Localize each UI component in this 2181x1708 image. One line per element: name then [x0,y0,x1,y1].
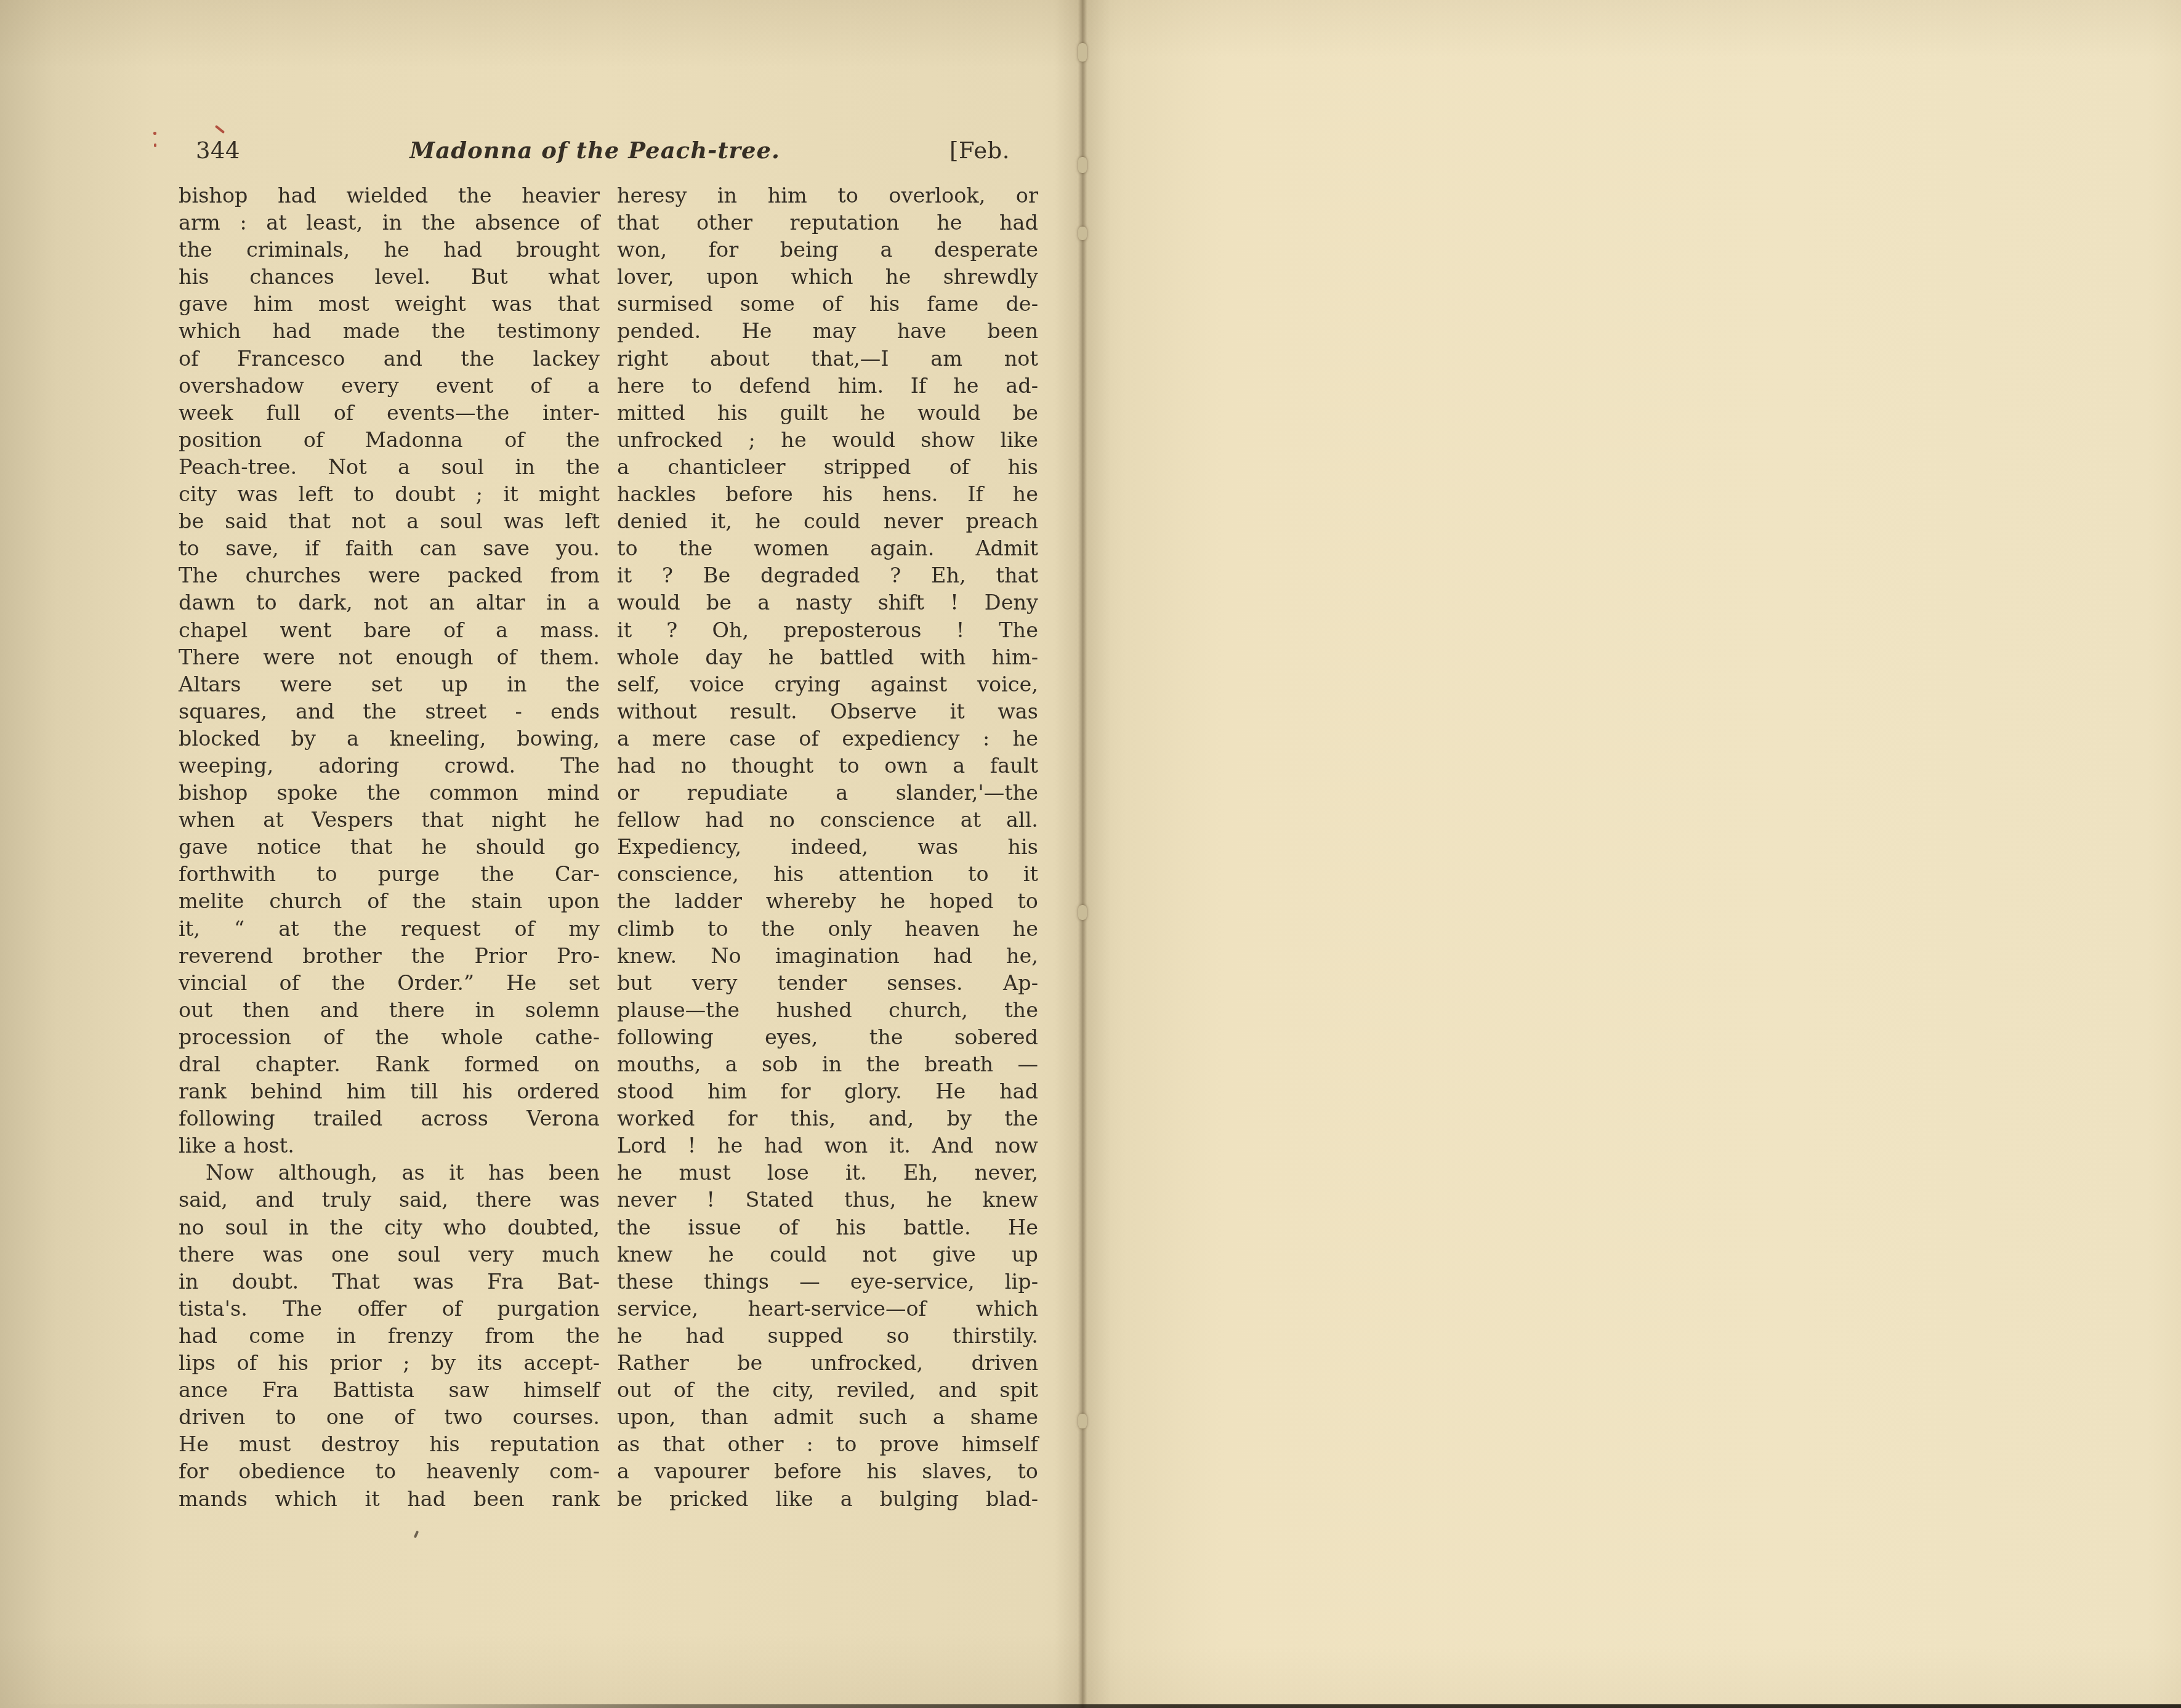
page-number: 344 [196,137,240,164]
text-line: be said that not a soul was left [179,508,600,535]
text-line: never ! Stated thus, he knew [617,1186,1038,1214]
text-line: worked for this, and, by the [617,1105,1038,1132]
text-column-1: bishop had wielded the heavierarm : at l… [179,182,600,1513]
text-line: which had made the testimony [179,318,600,345]
text-line: Lord ! he had won it. And now [617,1132,1038,1159]
text-line: ance Fra Battista saw himself [179,1377,600,1404]
text-line: when at Vespers that night he [179,807,600,834]
text-line: it ? Be degraded ? Eh, that [617,562,1038,589]
text-line: to save, if faith can save you. [179,535,600,562]
text-line: knew. No imagination had he, [617,943,1038,970]
text-line: Expediency, indeed, was his [617,834,1038,861]
text-line: lover, upon which he shrewdly [617,264,1038,291]
text-line: had come in frenzy from the [179,1323,600,1350]
text-line: a vapourer before his slaves, to [617,1458,1038,1485]
text-line: denied it, he could never preach [617,508,1038,535]
text-line: overshadow every event of a [179,373,600,400]
text-line: upon, than admit such a shame [617,1404,1038,1431]
text-line: these things — eye-service, lip- [617,1268,1038,1295]
text-line: Altars were set up in the [179,671,600,698]
red-ink-speck [154,143,156,147]
text-line: pended. He may have been [617,318,1038,345]
text-line: plause—the hushed church, the [617,997,1038,1024]
text-line: a mere case of expediency : he [617,725,1038,752]
text-line: gave notice that he should go [179,834,600,861]
text-line: There were not enough of them. [179,644,600,671]
text-line: be pricked like a bulging blad- [617,1486,1038,1513]
text-line: stood him for glory. He had [617,1078,1038,1105]
text-line: dral chapter. Rank formed on [179,1051,600,1078]
text-line: climb to the only heaven he [617,916,1038,943]
text-line: out then and there in solemn [179,997,600,1024]
text-line: chapel went bare of a mass. [179,617,600,644]
text-line: as that other : to prove himself [617,1431,1038,1458]
text-line: fellow had no conscience at all. [617,807,1038,834]
book-gutter-crease [1054,0,1111,1708]
text-line: the criminals, he had brought [179,236,600,264]
text-line: bishop had wielded the heavier [179,182,600,209]
text-line: here to defend him. If he ad- [617,373,1038,400]
text-line: reverend brother the Prior Pro- [179,943,600,970]
text-line: it ? Oh, preposterous ! The [617,617,1038,644]
text-line: without result. Observe it was [617,698,1038,725]
text-line: bishop spoke the common mind [179,779,600,807]
date-label: [Feb. [949,137,1010,164]
page-header-left: 344 Madonna of the Peach-tree. [Feb. [196,137,1010,164]
text-line: surmised some of his fame de- [617,291,1038,318]
text-line: squares, and the street - ends [179,698,600,725]
text-line: He must destroy his reputation [179,1431,600,1458]
text-line: it, “ at the request of my [179,916,600,943]
text-line: out of the city, reviled, and spit [617,1377,1038,1404]
stitch-mark [1078,905,1087,920]
text-block-left: bishop had wielded the heavierarm : at l… [179,182,1038,1513]
text-line: said, and truly said, there was [179,1186,600,1214]
text-line: had no thought to own a fault [617,752,1038,779]
text-line: rank behind him till his ordered [179,1078,600,1105]
text-line: service, heart-service—of which [617,1295,1038,1323]
stitch-mark [1078,1414,1087,1428]
text-line: weeping, adoring crowd. The [179,752,600,779]
text-line: he had supped so thirstily. [617,1323,1038,1350]
text-line: Peach-tree. Not a soul in the [179,454,600,481]
text-line: right about that,—I am not [617,345,1038,373]
text-line: knew he could not give up [617,1241,1038,1268]
text-line: heresy in him to overlook, or [617,182,1038,209]
text-column-2: heresy in him to overlook, orthat other … [617,182,1038,1513]
text-line: a chanticleer stripped of his [617,454,1038,481]
text-line: of Francesco and the lackey [179,345,600,373]
text-line: mitted his guilt he would be [617,400,1038,427]
text-line: conscience, his attention to it [617,861,1038,888]
text-line: that other reputation he had [617,209,1038,236]
text-line: he must lose it. Eh, never, [617,1159,1038,1186]
text-line: in doubt. That was Fra Bat- [179,1268,600,1295]
text-line: forthwith to purge the Car- [179,861,600,888]
right-page: 1899.] Madonna of the Peach-tree. 345 de… [1082,0,2181,1708]
text-line: position of Madonna of the [179,427,600,454]
left-page: 344 Madonna of the Peach-tree. [Feb. bis… [0,0,1082,1708]
text-line: Rather be unfrocked, driven [617,1350,1038,1377]
text-line: hackles before his hens. If he [617,481,1038,508]
text-line: vincial of the Order.” He set [179,970,600,997]
text-line: The churches were packed from [179,562,600,589]
text-line: tista's. The offer of purgation [179,1295,600,1323]
running-title: Madonna of the Peach-tree. [409,137,780,164]
stitch-mark [1078,43,1087,62]
stitch-mark [1078,157,1087,173]
text-line: self, voice crying against voice, [617,671,1038,698]
text-line: or repudiate a slander,'—the [617,779,1038,807]
text-line: whole day he battled with him- [617,644,1038,671]
text-line: city was left to doubt ; it might [179,481,600,508]
text-line: procession of the whole cathe- [179,1024,600,1051]
text-line: driven to one of two courses. [179,1404,600,1431]
text-line: his chances level. But what [179,264,600,291]
text-line: the issue of his battle. He [617,1214,1038,1241]
text-line: no soul in the city who doubted, [179,1214,600,1241]
text-line: dawn to dark, not an altar in a [179,589,600,616]
red-ink-speck [153,132,156,135]
text-line: week full of events—the inter- [179,400,600,427]
text-line: like a host. [179,1132,600,1159]
text-line: blocked by a kneeling, bowing, [179,725,600,752]
text-line: lips of his prior ; by its accept- [179,1350,600,1377]
text-line: there was one soul very much [179,1241,600,1268]
text-line: won, for being a desperate [617,236,1038,264]
text-line: mouths, a sob in the breath — [617,1051,1038,1078]
text-line: gave him most weight was that [179,291,600,318]
text-line: melite church of the stain upon [179,888,600,915]
text-line: unfrocked ; he would show like [617,427,1038,454]
text-line: but very tender senses. Ap- [617,970,1038,997]
text-line: for obedience to heavenly com- [179,1458,600,1485]
stitch-mark [1078,227,1087,240]
book-scan: { "scan": { "left_page": { "header": { "… [0,0,2181,1708]
scan-bottom-edge [0,1704,2181,1708]
text-line: would be a nasty shift ! Deny [617,589,1038,616]
text-line: following eyes, the sobered [617,1024,1038,1051]
text-line: Now although, as it has been [179,1159,600,1186]
text-line: mands which it had been rank [179,1486,600,1513]
text-line: the ladder whereby he hoped to [617,888,1038,915]
text-line: following trailed across Verona [179,1105,600,1132]
text-line: to the women again. Admit [617,535,1038,562]
text-line: arm : at least, in the absence of [179,209,600,236]
